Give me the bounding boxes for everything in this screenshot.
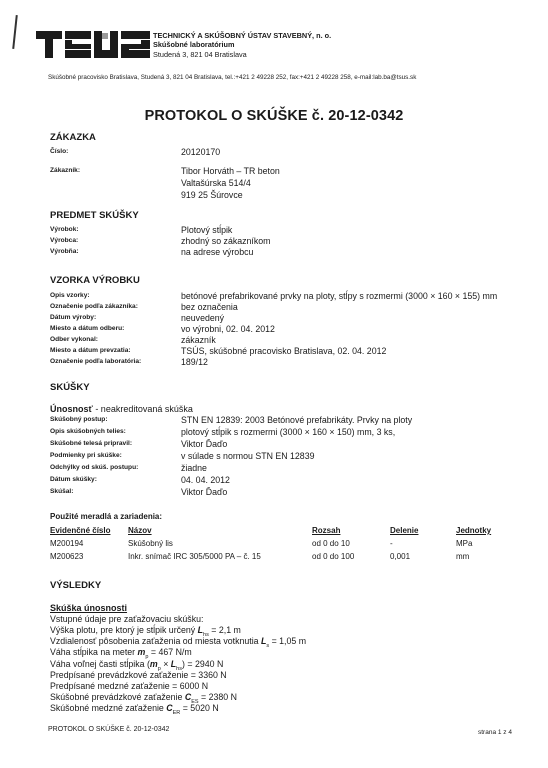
math-symbol: CES — [185, 692, 199, 702]
table-cell: od 0 do 10 — [312, 539, 350, 548]
contact-line: Skúšobné pracovisko Bratislava, Studená … — [48, 74, 416, 81]
field-label: Číslo: — [50, 148, 68, 155]
section-vysledky-heading: VÝSLEDKY — [50, 580, 101, 591]
table-cell: - — [390, 539, 393, 548]
org-block: TECHNICKÝ A SKÚŠOBNÝ ÚSTAV STAVEBNÝ, n. … — [153, 31, 331, 59]
table-cell: od 0 do 100 — [312, 552, 354, 561]
column-header: Delenie — [390, 526, 418, 535]
equipment-heading: Použité meradlá a zariadenia: — [50, 512, 162, 521]
result-line: Skúšobné medzné zaťaženie CER = 5020 N — [50, 703, 219, 716]
column-header: Jednotky — [456, 526, 491, 535]
test-title: Únosnosť - neakreditovaná skúška — [50, 404, 193, 414]
math-symbol: mp — [138, 647, 149, 657]
result-line: Predpísané medzné zaťaženie = 6000 N — [50, 681, 208, 691]
math-symbol: CER — [166, 703, 180, 713]
field-value: 20120170 — [181, 147, 220, 157]
section-vzorka-heading: VZORKA VÝROBKU — [50, 275, 140, 286]
table-cell: M200623 — [50, 552, 83, 561]
field-value: Tibor Horváth – TR beton — [181, 166, 280, 176]
column-header: Rozsah — [312, 526, 340, 535]
table-cell: MPa — [456, 539, 472, 548]
table-cell: M200194 — [50, 539, 83, 548]
scan-mark — [12, 15, 18, 49]
results-subheading: Skúška únosnosti — [50, 603, 127, 613]
field-label: Zákazník: — [50, 167, 80, 174]
tsus-logo — [36, 31, 150, 58]
math-symbol: Lhs — [171, 659, 182, 669]
column-header: Evidenčné číslo — [50, 526, 110, 535]
footer-title: PROTOKOL O SKÚŠKE č. 20-12-0342 — [48, 726, 169, 733]
org-division: Skúšobné laboratórium — [153, 40, 331, 49]
section-zakazka-heading: ZÁKAZKA — [50, 132, 96, 143]
result-line: Predpísané prevádzkové zaťaženie = 3360 … — [50, 670, 227, 680]
table-cell: 0,001 — [390, 552, 410, 561]
math-symbol: Ls — [261, 636, 269, 646]
table-cell: Skúšobný lis — [128, 539, 173, 548]
column-header: Názov — [128, 526, 152, 535]
table-cell: Inkr. snímač IRC 305/5000 PA – č. 15 — [128, 552, 261, 561]
org-address: Studená 3, 821 04 Bratislava — [153, 50, 331, 59]
results-intro: Vstupné údaje pre zaťažovaciu skúšku: — [50, 614, 203, 624]
math-symbol: mp — [150, 659, 161, 669]
document-title: PROTOKOL O SKÚŠKE č. 20-12-0342 — [0, 108, 548, 124]
org-name: TECHNICKÝ A SKÚŠOBNÝ ÚSTAV STAVEBNÝ, n. … — [153, 31, 331, 40]
page-number: strana 1 z 4 — [478, 729, 512, 736]
math-symbol: Lhs — [198, 625, 209, 635]
section-skusky-heading: SKÚŠKY — [50, 382, 90, 393]
section-predmet-heading: PREDMET SKÚŠKY — [50, 210, 139, 221]
table-cell: mm — [456, 552, 469, 561]
